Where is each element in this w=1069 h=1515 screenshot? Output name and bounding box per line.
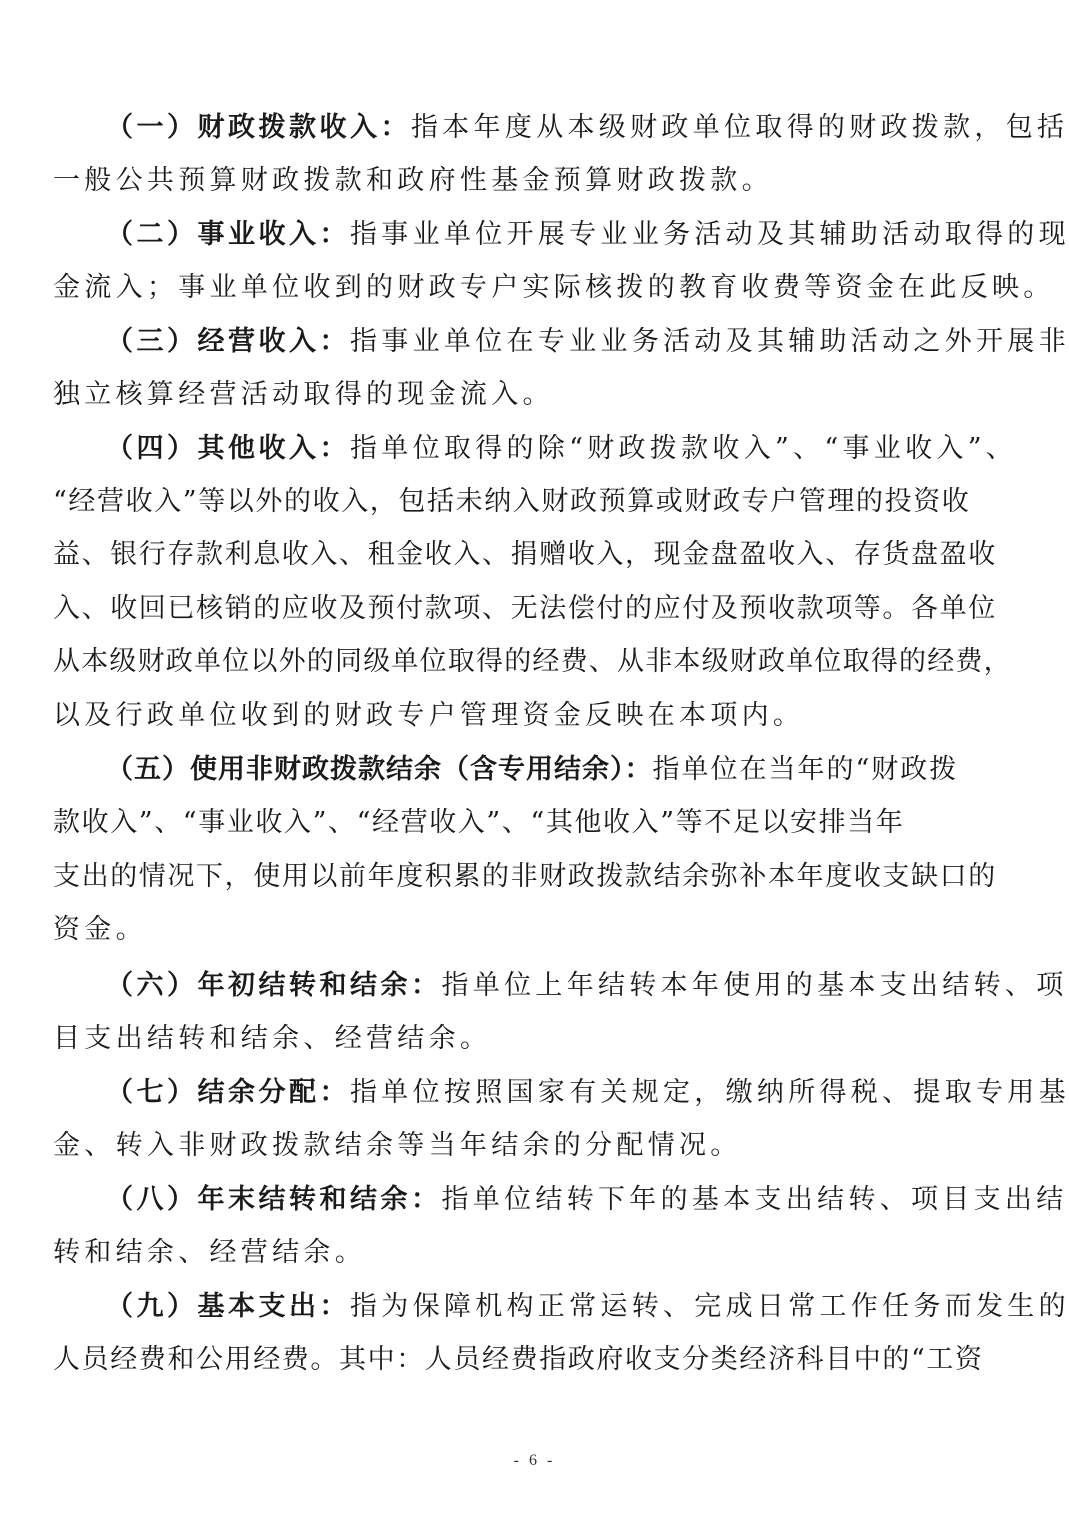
paragraph-text: 指为保障机构正常运转、完成日常工作任务而发生的 xyxy=(350,1291,1069,1322)
paragraph-text: 指本年度从本级财政单位取得的财政拨款，包括 xyxy=(411,112,1068,143)
paragraph-4-line-3: 益、银行存款利息收入、租金收入、捐赠收入，现金盘盈收入、存货盘盈收 xyxy=(53,535,1013,575)
paragraph-7-line-2: 金、转入非财政拨款结余等当年结余的分配情况。 xyxy=(53,1126,1013,1166)
page-number: - 6 - xyxy=(0,1452,1069,1470)
term-heading: （四）其他收入： xyxy=(106,433,350,464)
paragraph-text: 指单位上年结转本年使用的基本支出结转、项 xyxy=(442,970,1068,1001)
paragraph-text: 指单位结转下年的基本支出结转、项目支出结 xyxy=(442,1184,1068,1215)
term-heading: （一）财政拨款收入： xyxy=(106,112,411,143)
paragraph-9-line-2: 人员经费和公用经费。其中：人员经费指政府收支分类经济科目中的“工资 xyxy=(53,1340,1013,1380)
paragraph-text: 指单位在当年的“财政拨 xyxy=(653,754,959,785)
paragraph-4-line-1: （四）其他收入：指单位取得的除“财政拨款收入”、“事业收入”、 xyxy=(106,429,1013,469)
paragraph-8-line-1: （八）年末结转和结余：指单位结转下年的基本支出结转、项目支出结 xyxy=(106,1180,1013,1220)
paragraph-text: 指单位取得的除“财政拨款收入”、“事业收入”、 xyxy=(350,433,1017,464)
paragraph-2-line-2: 金流入；事业单位收到的财政专户实际核拨的教育收费等资金在此反映。 xyxy=(53,268,1013,308)
paragraph-5-line-2: 款收入”、“事业收入”、“经营收入”、“其他收入”等不足以安排当年 xyxy=(53,803,1013,843)
paragraph-9-line-1: （九）基本支出：指为保障机构正常运转、完成日常工作任务而发生的 xyxy=(106,1287,1013,1327)
paragraph-1-line-1: （一）财政拨款收入：指本年度从本级财政单位取得的财政拨款，包括 xyxy=(106,108,1013,148)
paragraph-6-line-1: （六）年初结转和结余：指单位上年结转本年使用的基本支出结转、项 xyxy=(106,966,1013,1006)
term-heading: （六）年初结转和结余： xyxy=(106,970,442,1001)
document-page: （一）财政拨款收入：指本年度从本级财政单位取得的财政拨款，包括 一般公共预算财政… xyxy=(0,0,1069,1515)
term-heading: （七）结余分配： xyxy=(106,1077,350,1108)
paragraph-4-line-2: “经营收入”等以外的收入，包括未纳入财政预算或财政专户管理的投资收 xyxy=(53,482,1013,522)
paragraph-1-line-2: 一般公共预算财政拨款和政府性基金预算财政拨款。 xyxy=(53,161,1013,201)
paragraph-2-line-1: （二）事业收入：指事业单位开展专业业务活动及其辅助活动取得的现 xyxy=(106,215,1013,255)
term-heading: （九）基本支出： xyxy=(106,1291,350,1322)
paragraph-4-line-5: 从本级财政单位以外的同级单位取得的经费、从非本级财政单位取得的经费， xyxy=(53,642,1013,682)
term-heading: （三）经营收入： xyxy=(106,326,350,357)
paragraph-4-line-4: 入、收回已核销的应收及预付款项、无法偿付的应付及预收款项等。各单位 xyxy=(53,589,1013,629)
paragraph-text: 指事业单位开展专业业务活动及其辅助活动取得的现 xyxy=(350,219,1069,250)
paragraph-text: 指事业单位在专业业务活动及其辅助活动之外开展非 xyxy=(350,326,1069,357)
term-heading: （二）事业收入： xyxy=(106,219,350,250)
paragraph-5-line-1: （五）使用非财政拨款结余（含专用结余）：指单位在当年的“财政拨 xyxy=(106,750,1013,790)
paragraph-7-line-1: （七）结余分配：指单位按照国家有关规定，缴纳所得税、提取专用基 xyxy=(106,1073,1013,1113)
paragraph-text: 指单位按照国家有关规定，缴纳所得税、提取专用基 xyxy=(350,1077,1069,1108)
term-heading: （五）使用非财政拨款结余（含专用结余）： xyxy=(106,754,653,785)
paragraph-5-line-4: 资金。 xyxy=(53,910,1013,950)
term-heading: （八）年末结转和结余： xyxy=(106,1184,442,1215)
paragraph-6-line-2: 目支出结转和结余、经营结余。 xyxy=(53,1019,1013,1059)
paragraph-8-line-2: 转和结余、经营结余。 xyxy=(53,1233,1013,1273)
paragraph-5-line-3: 支出的情况下，使用以前年度积累的非财政拨款结余弥补本年度收支缺口的 xyxy=(53,857,1013,897)
paragraph-3-line-2: 独立核算经营活动取得的现金流入。 xyxy=(53,375,1013,415)
paragraph-4-line-6: 以及行政单位收到的财政专户管理资金反映在本项内。 xyxy=(53,696,1013,736)
paragraph-3-line-1: （三）经营收入：指事业单位在专业业务活动及其辅助活动之外开展非 xyxy=(106,322,1013,362)
